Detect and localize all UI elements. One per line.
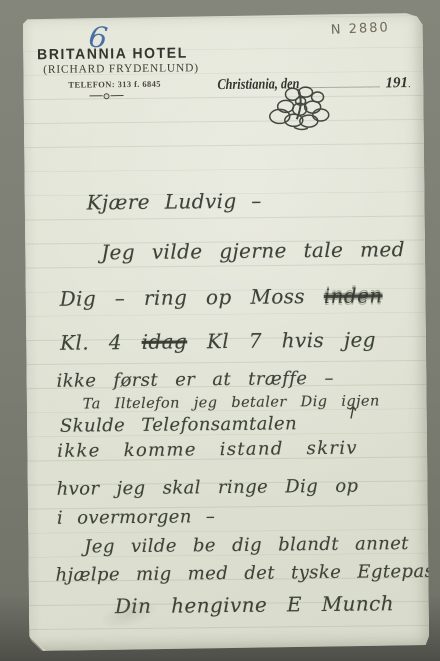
handwritten-line: ikke komme istand skriv xyxy=(57,438,358,462)
paper-smudge xyxy=(97,593,162,634)
handwritten-line: Jeg vilde gjerne tale med xyxy=(101,237,405,264)
handwritten-line: hvor jeg skal ringe Dig op xyxy=(57,476,359,500)
handwritten-line: hjælpe mig med det tyske Egtepas – xyxy=(55,561,440,586)
letter-paper: 6 N 2880 BRITANNIA HOTEL (RICHARD FRYDEN… xyxy=(23,13,430,651)
dateline-year: 191 xyxy=(385,75,408,92)
salutation: Kjære Ludvig – xyxy=(87,189,262,215)
line-text: Kl 7 hvis jeg xyxy=(187,327,376,353)
letterhead-ornament-icon xyxy=(89,92,123,99)
insertion-caret-icon: ↑ xyxy=(343,402,361,424)
handwritten-line: Dig – ring op Moss inden xyxy=(60,283,383,310)
telephone-number: TELEFON: 313 f. 6845 xyxy=(68,79,161,90)
handwritten-line: i overmorgen – xyxy=(57,506,216,529)
dateline-period: . xyxy=(408,78,411,90)
struck-out-word: inden xyxy=(324,283,383,308)
ink-scribble-doodle xyxy=(265,82,333,134)
handwritten-line: Kl. 4 idag Kl 7 hvis jeg xyxy=(60,327,376,354)
struck-out-word: idag xyxy=(142,329,188,353)
archive-number: N 2880 xyxy=(331,20,391,38)
proprietor-name: (RICHARD FRYDENLUND) xyxy=(43,62,199,76)
ornament-dash-right xyxy=(111,95,124,96)
handwritten-inserted-line: Ta Iltelefon jeg betaler Dig igjen xyxy=(83,393,380,412)
handwritten-line: ikke først er at træffe – xyxy=(56,368,334,392)
ornament-dot xyxy=(103,93,109,99)
handwritten-line: Skulde Telefonsamtalen xyxy=(60,413,297,436)
ornament-dash-left xyxy=(90,95,103,96)
photograph-background: 6 N 2880 BRITANNIA HOTEL (RICHARD FRYDEN… xyxy=(0,0,440,661)
hotel-name: BRITANNIA HOTEL xyxy=(37,44,188,62)
line-text: Dig – ring op Moss xyxy=(60,284,324,311)
line-text: Kl. 4 xyxy=(60,330,142,355)
handwritten-line: Jeg vilde be dig blandt annet xyxy=(84,533,409,557)
folded-corner xyxy=(29,637,45,651)
